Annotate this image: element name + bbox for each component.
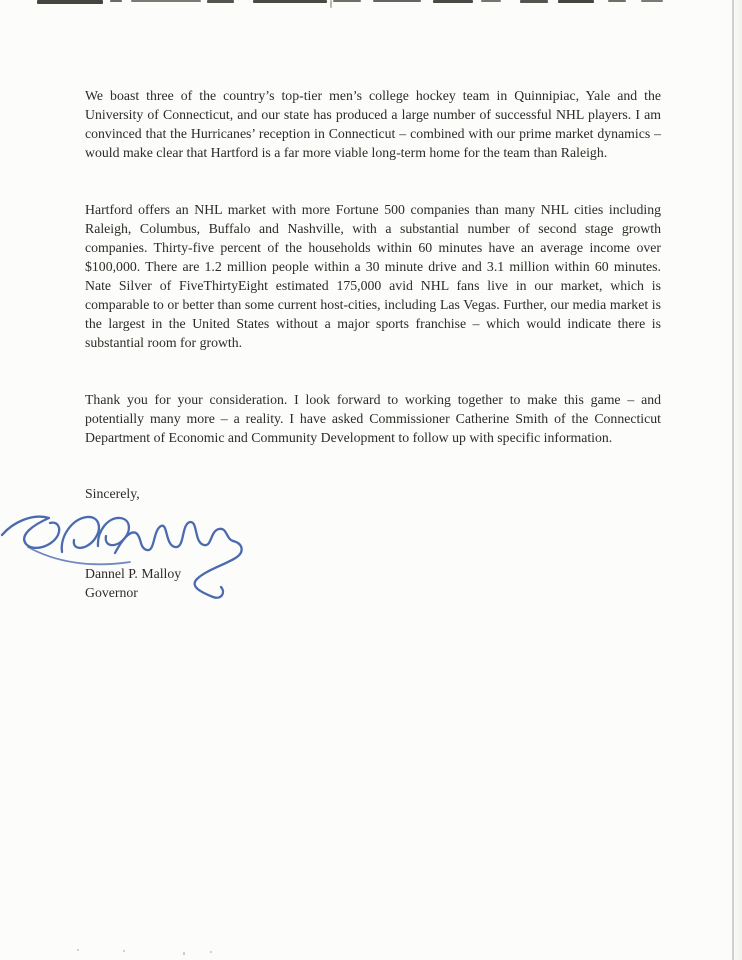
signature-stroke bbox=[2, 517, 59, 548]
paragraph-thank-you: Thank you for your consideration. I look… bbox=[85, 390, 661, 447]
scan-artifact bbox=[608, 0, 626, 2]
scan-artifact bbox=[520, 0, 548, 3]
paragraph-hockey-market: We boast three of the country’s top-tier… bbox=[85, 86, 661, 162]
scan-artifact bbox=[207, 0, 234, 3]
signature-stroke bbox=[115, 522, 233, 553]
scan-artifact bbox=[641, 0, 663, 2]
scan-artifact bbox=[131, 0, 201, 2]
signature-stroke bbox=[98, 518, 129, 546]
scan-artifact bbox=[37, 0, 103, 4]
scan-speck bbox=[210, 951, 212, 953]
scan-speck bbox=[77, 949, 79, 951]
signature-stroke bbox=[28, 547, 130, 564]
scan-artifact bbox=[433, 0, 473, 3]
scan-artifact bbox=[558, 0, 594, 3]
scan-artifact-strip bbox=[0, 0, 742, 10]
scan-artifact bbox=[110, 0, 122, 2]
signature-stroke bbox=[62, 517, 99, 552]
signature-stroke bbox=[195, 541, 242, 598]
handwritten-signature-icon bbox=[0, 500, 256, 612]
paragraph-market-statistics: Hartford offers an NHL market with more … bbox=[85, 200, 661, 352]
scanned-letter-page: We boast three of the country’s top-tier… bbox=[0, 0, 742, 960]
scan-page-edge-line bbox=[732, 0, 734, 960]
scan-artifact bbox=[481, 0, 501, 2]
scan-artifact bbox=[373, 0, 421, 2]
scan-speck bbox=[123, 950, 125, 952]
scan-artifact bbox=[330, 0, 332, 8]
scan-artifact bbox=[253, 0, 327, 3]
scan-artifact bbox=[333, 0, 361, 2]
scan-speck bbox=[183, 952, 185, 955]
